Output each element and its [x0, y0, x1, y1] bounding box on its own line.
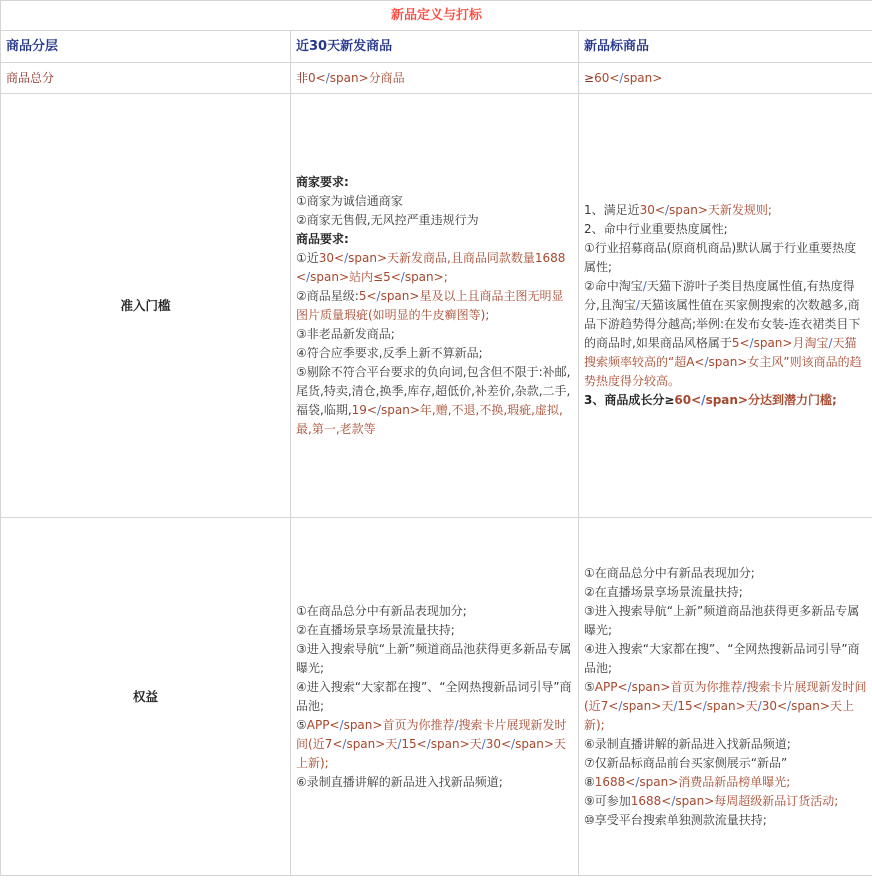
header-new-30day-product: 近30天新发商品	[291, 31, 579, 63]
total-score-newtag-value: ≥60</span>	[579, 63, 872, 94]
header-product-tier: 商品分层	[1, 31, 291, 63]
title-row: 新品定义与打标	[1, 1, 872, 31]
text-line: ③进入搜索导航“上新”频道商品池获得更多新品专属曝光;	[584, 602, 867, 640]
text-line: ⑤APP</span>首页为你推荐/搜索卡片展现新发时间(近7</span>天/…	[584, 678, 867, 735]
text-line: ②商品星级:5</span>星及以上且商品主图无明显图片质量瑕疵(如明显的牛皮癣…	[296, 287, 573, 325]
text-line: ⑤剔除不符合平台要求的负向词,包含但不限于:补邮,尾货,特卖,清仓,换季,库存,…	[296, 363, 573, 439]
text-line: ③进入搜索导航“上新”频道商品池获得更多新品专属曝光;	[296, 640, 573, 678]
text-line: ①在商品总分中有新品表现加分;	[296, 602, 573, 621]
text-line: 2、命中行业重要热度属性;	[584, 220, 867, 239]
entry-threshold-newtag-content: 1、满足近30</span>天新发规则;2、命中行业重要热度属性;①行业招募商品…	[579, 94, 872, 518]
text-line: ②在直播场景享场景流量扶持;	[296, 621, 573, 640]
text-line: ⑧1688</span>消费品新品榜单曝光;	[584, 773, 867, 792]
benefits-newtag-content: ①在商品总分中有新品表现加分;②在直播场景享场景流量扶持;③进入搜索导航“上新”…	[579, 518, 872, 876]
header-row: 商品分层 近30天新发商品 新品标商品	[1, 31, 872, 63]
text-line: ⑩享受平台搜索单独测款流量扶持;	[584, 811, 867, 830]
text-line: ④符合应季要求,反季上新不算新品;	[296, 344, 573, 363]
text-line: 1、满足近30</span>天新发规则;	[584, 201, 867, 220]
total-score-row: 商品总分 非0</span>分商品 ≥60</span>	[1, 63, 872, 94]
entry-threshold-row: 准入门槛 商家要求:①商家为诚信通商家②商家无售假,无风控严重违规行为商品要求:…	[1, 94, 872, 518]
text-line: ⑦仅新品标商品前台买家侧展示“新品”	[584, 754, 867, 773]
text-line: ③非老品新发商品;	[296, 325, 573, 344]
text-line: ①行业招募商品(原商机商品)默认属于行业重要热度属性;	[584, 239, 867, 277]
text-line: ④进入搜索“大家都在搜”、“全网热搜新品词引导”商品池;	[584, 640, 867, 678]
row-label-entry-threshold: 准入门槛	[1, 94, 291, 518]
new-product-definition-table: 新品定义与打标 商品分层 近30天新发商品 新品标商品 商品总分 非0</spa…	[0, 0, 872, 876]
row-label-total-score: 商品总分	[1, 63, 291, 94]
text-line: ④进入搜索“大家都在搜”、“全网热搜新品词引导”商品池;	[296, 678, 573, 716]
row-label-benefits: 权益	[1, 518, 291, 876]
text-line: ⑤APP</span>首页为你推荐/搜索卡片展现新发时间(近7</span>天/…	[296, 716, 573, 773]
text-line: ②商家无售假,无风控严重违规行为	[296, 211, 573, 230]
text-line: ⑥录制直播讲解的新品进入找新品频道;	[296, 773, 573, 792]
text-line: ②命中淘宝/天猫下游叶子类目热度属性值,有热度得分,且淘宝/天猫该属性值在买家侧…	[584, 277, 867, 391]
text-line: ⑥录制直播讲解的新品进入找新品频道;	[584, 735, 867, 754]
total-score-new30-value: 非0</span>分商品	[291, 63, 579, 94]
table-title: 新品定义与打标	[1, 1, 872, 31]
entry-threshold-new30-content: 商家要求:①商家为诚信通商家②商家无售假,无风控严重违规行为商品要求:①近30<…	[291, 94, 579, 518]
text-line: ①商家为诚信通商家	[296, 192, 573, 211]
benefits-row: 权益 ①在商品总分中有新品表现加分;②在直播场景享场景流量扶持;③进入搜索导航“…	[1, 518, 872, 876]
text-line: 商家要求:	[296, 173, 573, 192]
text-line: ⑨可参加1688</span>每周超级新品订货活动;	[584, 792, 867, 811]
text-line: ①近30</span>天新发商品,且商品同款数量1688</span>站内≤5<…	[296, 249, 573, 287]
text-line: ②在直播场景享场景流量扶持;	[584, 583, 867, 602]
text-line: ①在商品总分中有新品表现加分;	[584, 564, 867, 583]
header-newtag-product: 新品标商品	[579, 31, 872, 63]
text-line: 3、商品成长分≥60</span>分达到潜力门槛;	[584, 391, 867, 410]
text-line: 商品要求:	[296, 230, 573, 249]
benefits-new30-content: ①在商品总分中有新品表现加分;②在直播场景享场景流量扶持;③进入搜索导航“上新”…	[291, 518, 579, 876]
